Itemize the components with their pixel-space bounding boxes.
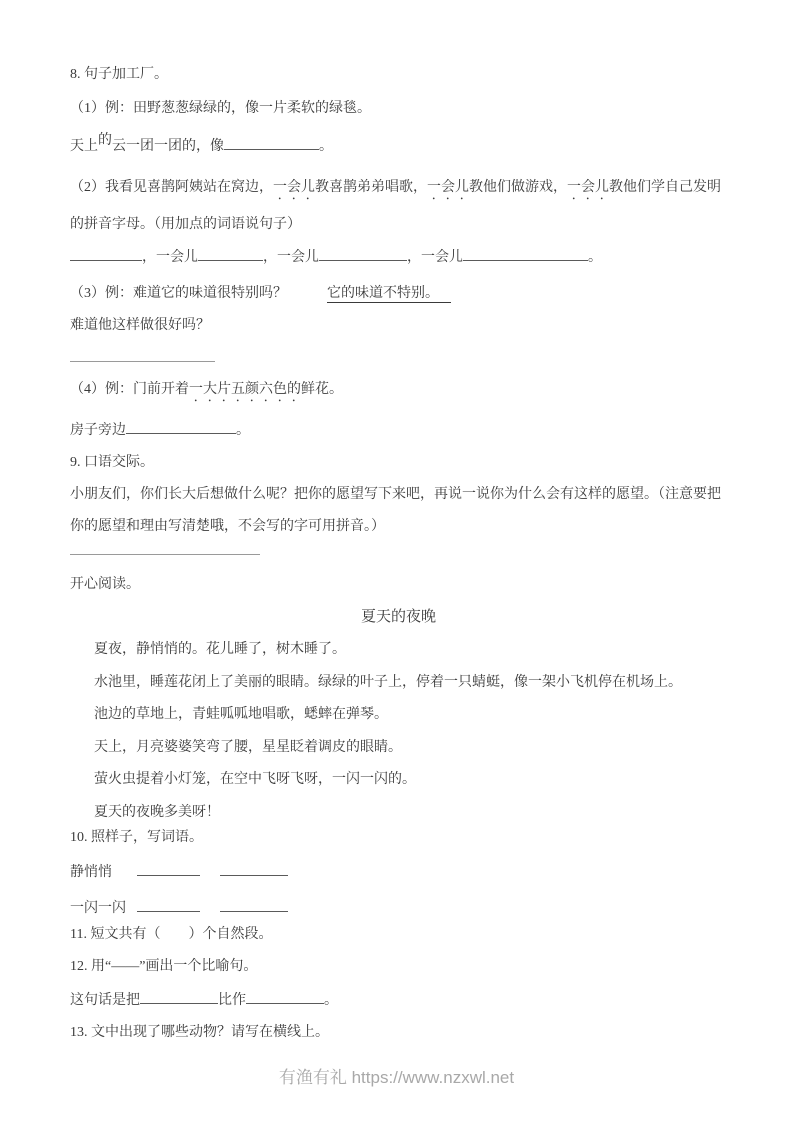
- worksheet-content: 8. 句子加工厂。 （1）例：田野葱葱绿绿的，像一片柔软的绿毯。 天上的云一团一…: [70, 64, 727, 1055]
- passage-paragraph: 水池里，睡莲花闭上了美丽的眼睛。绿绿的叶子上，停着一只蜻蜓，像一架小飞机停在机场…: [70, 672, 727, 693]
- q8-4-end: 。: [236, 423, 250, 438]
- footer: 有渔有礼 https://www.nzxwl.net: [0, 1066, 793, 1090]
- passage-paragraph: 池边的草地上，青蛙呱呱地唱歌，蟋蟀在弹琴。: [70, 704, 727, 725]
- passage-paragraph: 天上，月亮婆婆笑弯了腰，星星眨着调皮的眼睛。: [70, 737, 727, 758]
- q8-2-fill-row: ，一会儿，一会儿，一会儿。: [70, 245, 727, 268]
- question-12-heading: 12. 用“——”画出一个比喻句。: [70, 956, 727, 977]
- q12-text-end: 。: [324, 993, 338, 1008]
- q8-3-prompt-text: 难道他这样做很好吗？: [70, 318, 210, 333]
- q12-heading-text: 12. 用“——”画出一个比喻句。: [70, 959, 257, 974]
- q8-2-dotted-word-1: 一会儿: [273, 180, 315, 195]
- q8-4-text-pre: （4）例：门前开着: [70, 382, 189, 397]
- passage-p1-text: 夏夜，静悄悄的。花儿睡了，树木睡了。: [94, 642, 346, 657]
- q10-word-row-1: 静悄悄: [70, 860, 727, 883]
- q8-2-fill-sep1: ，一会儿: [142, 250, 198, 265]
- fill-blank: [220, 860, 288, 876]
- answer-line: [70, 359, 215, 362]
- q8-2-seg2: 教喜鹊弟弟唱歌，: [315, 180, 427, 195]
- q8-1-text-pre: 天上: [70, 139, 98, 154]
- q11-text: 11. 短文共有（ ）个自然段。: [70, 927, 272, 942]
- q8-4-text-post: 鲜花。: [301, 382, 343, 397]
- q8-example-2-line2: 的拼音字母。（用加点的词语说句子）: [70, 214, 727, 235]
- answer-line: [70, 552, 260, 555]
- q8-1-raised-de: 的: [98, 133, 112, 148]
- q13-text: 13. 文中出现了哪些动物？请写在横线上。: [70, 1025, 329, 1040]
- q12-answer-sentence: 这句话是把比作。: [70, 988, 727, 1011]
- q8-2-dotted-word-2: 一会儿: [427, 180, 469, 195]
- q8-1-text-mid: 云一团一团的，像: [112, 139, 224, 154]
- reading-heading-text: 开心阅读。: [70, 577, 140, 592]
- passage-p3-text: 池边的草地上，青蛙呱呱地唱歌，蟋蟀在弹琴。: [94, 707, 388, 722]
- q8-example-1: （1）例：田野葱葱绿绿的，像一片柔软的绿毯。: [70, 98, 727, 119]
- q10-sample-word-2: 一闪一闪: [70, 898, 137, 919]
- passage-p6-text: 夏天的夜晚多美呀！: [94, 805, 220, 820]
- q9-heading-text: 9. 口语交际。: [70, 455, 154, 470]
- q9-prompt-line1: 小朋友们，你们长大后想做什么呢？把你的愿望写下来吧，再说一说你为什么会有这样的愿…: [70, 484, 727, 505]
- q8-example-4: （4）例：门前开着一大片五颜六色的鲜花。: [70, 379, 727, 405]
- q8-2-dotted-word-3: 一会儿: [567, 180, 609, 195]
- q8-example-2-line1: （2）我看见喜鹊阿姨站在窝边，一会儿教喜鹊弟弟唱歌，一会儿教他们做游戏，一会儿教…: [70, 177, 727, 203]
- q10-heading-text: 10. 照样子，写词语。: [70, 830, 203, 845]
- passage-p2-text: 水池里，睡莲花闭上了美丽的眼睛。绿绿的叶子上，停着一只蜻蜓，像一架小飞机停在机场…: [94, 675, 682, 690]
- passage-title-text: 夏天的夜晚: [361, 609, 436, 625]
- worksheet-page: 8. 句子加工厂。 （1）例：田野葱葱绿绿的，像一片柔软的绿毯。 天上的云一团一…: [0, 0, 793, 1122]
- passage-title: 夏天的夜晚: [70, 607, 727, 628]
- question-10-heading: 10. 照样子，写词语。: [70, 827, 727, 848]
- fill-blank: [137, 896, 200, 912]
- question-9-heading: 9. 口语交际。: [70, 452, 727, 473]
- footer-text: 有渔有礼 https://www.nzxwl.net: [279, 1068, 514, 1087]
- q12-text-mid: 比作: [218, 993, 246, 1008]
- fill-blank: [319, 245, 407, 261]
- q8-3-question-text: （3）例：难道它的味道很特别吗？: [70, 286, 287, 301]
- q8-3-model-answer: 它的味道不特别。: [327, 286, 451, 303]
- fill-blank: [70, 245, 142, 261]
- question-8-heading: 8. 句子加工厂。: [70, 64, 727, 85]
- fill-blank: [224, 134, 319, 150]
- passage-p5-text: 萤火虫提着小灯笼，在空中飞呀飞呀，一闪一闪的。: [94, 772, 416, 787]
- q8-4-prompt-text: 房子旁边: [70, 423, 126, 438]
- passage-paragraph: 夏夜，静悄悄的。花儿睡了，树木睡了。: [70, 639, 727, 660]
- question-13: 13. 文中出现了哪些动物？请写在横线上。: [70, 1022, 727, 1043]
- q8-2-seg1: （2）我看见喜鹊阿姨站在窝边，: [70, 180, 273, 195]
- passage-paragraph: 夏天的夜晚多美呀！: [70, 802, 727, 823]
- fill-blank: [126, 418, 236, 434]
- reading-section-heading: 开心阅读。: [70, 574, 727, 595]
- q8-2-seg4: 教他们学自己发明: [609, 180, 721, 195]
- q8-2-fill-sep2: ，一会儿: [263, 250, 319, 265]
- q12-text-pre: 这句话是把: [70, 993, 140, 1008]
- passage-p4-text: 天上，月亮婆婆笑弯了腰，星星眨着调皮的眼睛。: [94, 740, 402, 755]
- passage-paragraph: 萤火虫提着小灯笼，在空中飞呀飞呀，一闪一闪的。: [70, 769, 727, 790]
- q10-sample-word-1: 静悄悄: [70, 862, 137, 883]
- fill-blank: [198, 245, 263, 261]
- q8-example-3: （3）例：难道它的味道很特别吗？它的味道不特别。: [70, 283, 727, 304]
- q9-prompt-text1: 小朋友们，你们长大后想做什么呢？把你的愿望写下来吧，再说一说你为什么会有这样的愿…: [70, 487, 721, 502]
- q8-4-dotted-phrase: 一大片五颜六色的: [189, 382, 301, 397]
- q8-3-prompt: 难道他这样做很好吗？: [70, 315, 727, 336]
- fill-blank: [463, 245, 588, 261]
- q8-2-seg3: 教他们做游戏，: [469, 180, 567, 195]
- q9-prompt-text2: 你的愿望和理由写清楚哦，不会写的字可用拼音。）: [70, 519, 385, 534]
- q8-heading-text: 8. 句子加工厂。: [70, 67, 168, 82]
- q9-prompt-line2: 你的愿望和理由写清楚哦，不会写的字可用拼音。）: [70, 516, 727, 537]
- fill-blank: [246, 988, 324, 1004]
- fill-blank: [140, 988, 218, 1004]
- q8-2-fill-sep3: ，一会儿: [407, 250, 463, 265]
- fill-blank: [220, 896, 288, 912]
- q8-2-fill-end: 。: [588, 250, 602, 265]
- q8-example-1-text: （1）例：田野葱葱绿绿的，像一片柔软的绿毯。: [70, 101, 371, 116]
- q8-1-text-end: 。: [319, 139, 333, 154]
- q8-4-answer-sentence: 房子旁边。: [70, 418, 727, 441]
- q8-2-wrap-text: 的拼音字母。（用加点的词语说句子）: [70, 217, 301, 232]
- q8-1-answer-sentence: 天上的云一团一团的，像。: [70, 134, 727, 157]
- question-11: 11. 短文共有（ ）个自然段。: [70, 924, 727, 945]
- q10-word-row-2: 一闪一闪: [70, 896, 727, 919]
- fill-blank: [137, 860, 200, 876]
